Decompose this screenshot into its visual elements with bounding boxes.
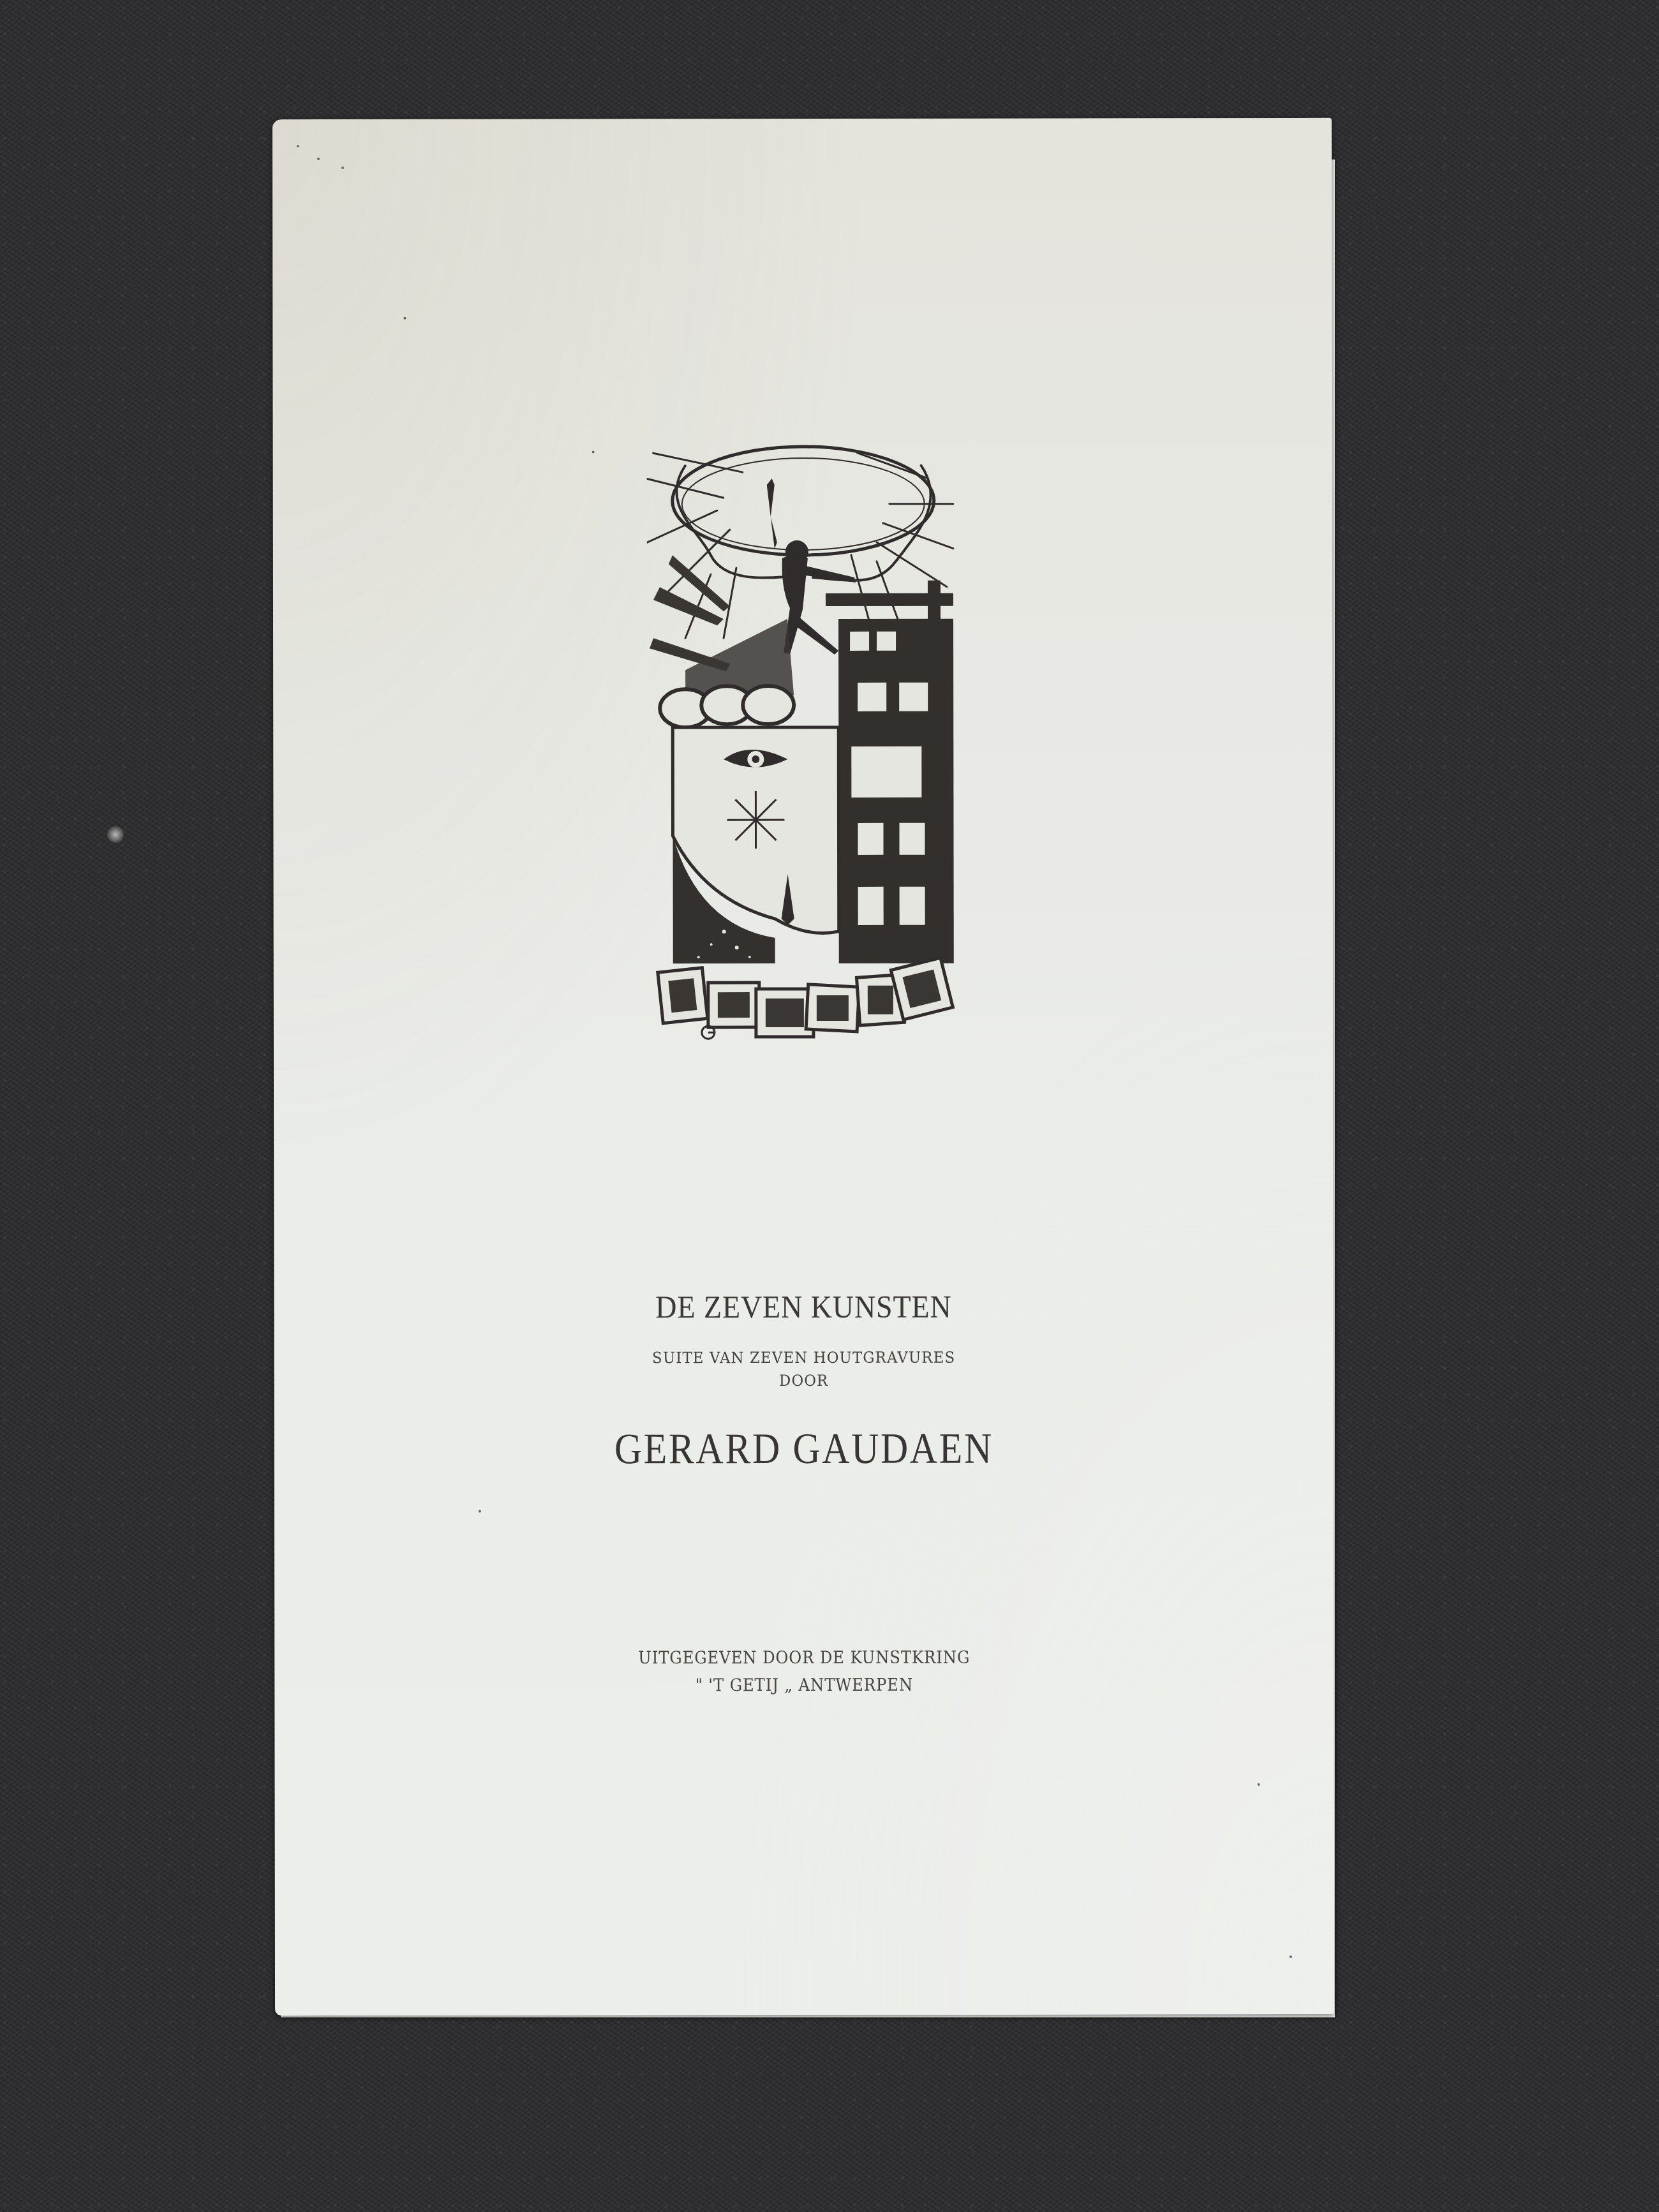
publisher-line-1: UITGEGEVEN DOOR DE KUNSTKRING [327,1647,1281,1668]
subtitle-line-2: DOOR [301,1371,1307,1390]
artist-name: GERARD GAUDAEN [338,1423,1270,1474]
background-speck [107,826,124,843]
paper-specks [272,118,1332,119]
booklet-cover-page: DE ZEVEN KUNSTEN SUITE VAN ZEVEN HOUTGRA… [272,118,1334,2015]
subtitle-line-1: SUITE VAN ZEVEN HOUTGRAVURES [301,1348,1307,1367]
booklet-title: DE ZEVEN KUNSTEN [316,1288,1291,1326]
publisher-line-2: " 'T GETIJ „ ANTWERPEN [327,1675,1281,1696]
woodcut-illustration [647,427,960,1047]
